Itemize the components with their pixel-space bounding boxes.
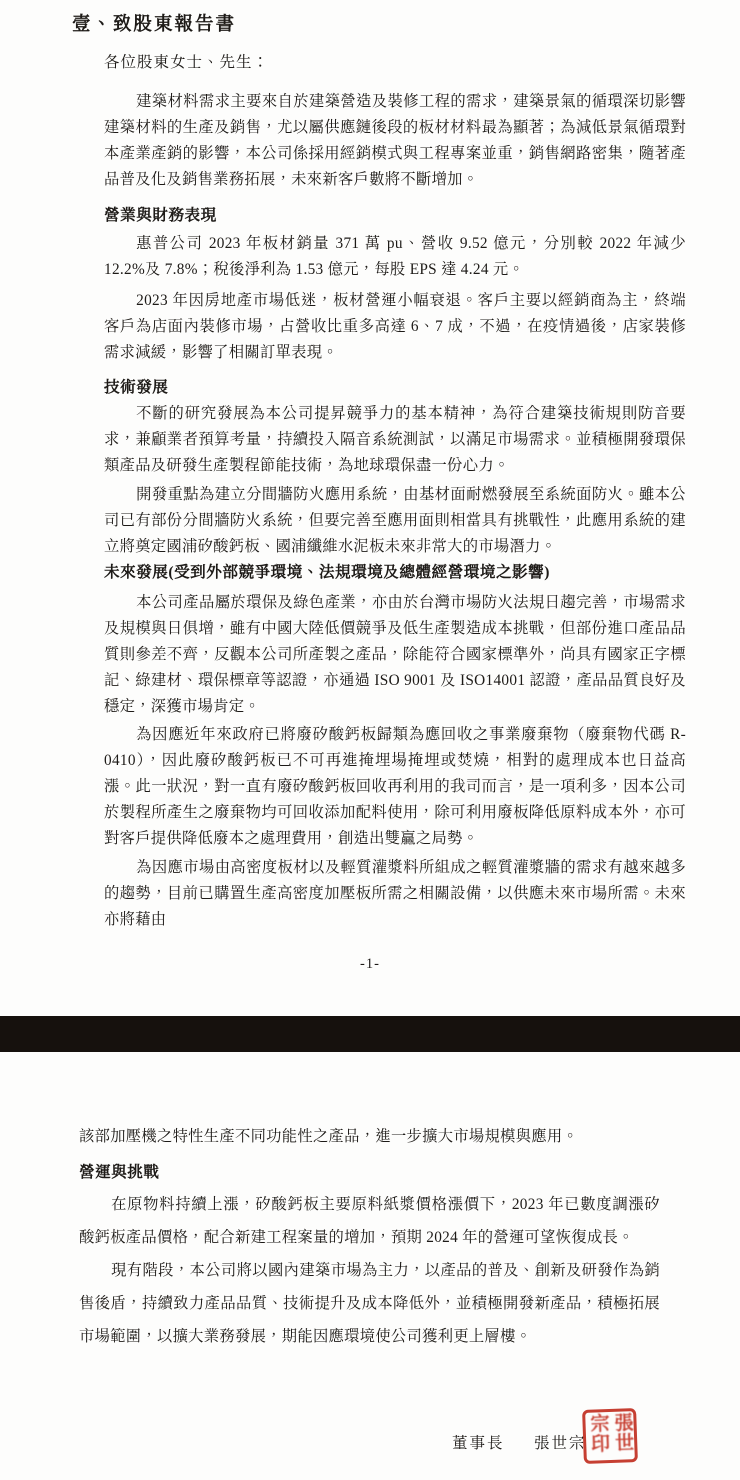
- page-break-bar: [0, 1016, 740, 1052]
- paragraph-domestic-market-strategy: 現有階段，本公司將以國內建築市場為主力，以產品的普及、創新及研發作為銷售後盾，持…: [79, 1254, 660, 1353]
- signature-title-chairman: 董事長: [452, 1431, 505, 1453]
- paragraph-market-downturn: 2023 年因房地產市場低迷，板材營運小幅衰退。客戶主要以經銷商為主，終端客戶為…: [104, 288, 686, 366]
- document-title: 壹、致股東報告書: [72, 10, 236, 36]
- paragraph-rd-spirit: 不斷的研究發展為本公司提昇競爭力的基本精神，為符合建築技術規則防音要求，兼顧業者…: [104, 401, 686, 479]
- intro-paragraph: 建築材料需求主要來自於建築營造及裝修工程的需求，建築景氣的循環深切影響建築材料的…: [104, 89, 686, 193]
- section-heading-technology: 技術發展: [104, 375, 168, 397]
- section-heading-business-finance: 營業與財務表現: [104, 203, 217, 225]
- signature-name: 張世宗: [534, 1431, 587, 1453]
- paragraph-sales-figures: 惠普公司 2023 年板材銷量 371 萬 pu、營收 9.52 億元，分別較 …: [104, 231, 686, 283]
- paragraph-continuation: 該部加壓機之特性生產不同功能性之產品，進一步擴大市場規模與應用。: [79, 1120, 660, 1153]
- section-heading-future-development: 未來發展(受到外部競爭環境、法規環境及總體經營環境之影響): [104, 560, 550, 582]
- document-sheet: 壹、致股東報告書 各位股東女士、先生： 建築材料需求主要來自於建築營造及裝修工程…: [0, 0, 740, 1480]
- paragraph-green-industry: 本公司產品屬於環保及綠色產業，亦由於台灣市場防火法規日趨完善，市場需求及規模與日…: [104, 590, 686, 720]
- salutation: 各位股東女士、先生：: [104, 50, 269, 72]
- paragraph-high-density-board: 為因應市場由高密度板材以及輕質灌漿料所組成之輕質灌漿牆的需求有越來越多的趨勢，目…: [104, 855, 686, 933]
- paragraph-fireproof-system: 開發重點為建立分間牆防火應用系統，由基材面耐燃發展至系統面防火。雖本公司已有部份…: [104, 482, 686, 560]
- section-heading-operations-challenges: 營運與挑戰: [79, 1160, 159, 1182]
- page-number: -1-: [0, 956, 740, 973]
- chairman-seal-stamp: 張世宗印: [582, 1408, 638, 1464]
- paragraph-waste-recycling: 為因應近年來政府已將廢矽酸鈣板歸類為應回收之事業廢棄物（廢棄物代碼 R-0410…: [104, 722, 686, 852]
- seal-characters: 張世宗印: [585, 1412, 635, 1460]
- paragraph-raw-material-prices: 在原物料持續上漲，矽酸鈣板主要原料紙漿價格漲價下，2023 年已數度調漲矽酸鈣板…: [79, 1188, 660, 1254]
